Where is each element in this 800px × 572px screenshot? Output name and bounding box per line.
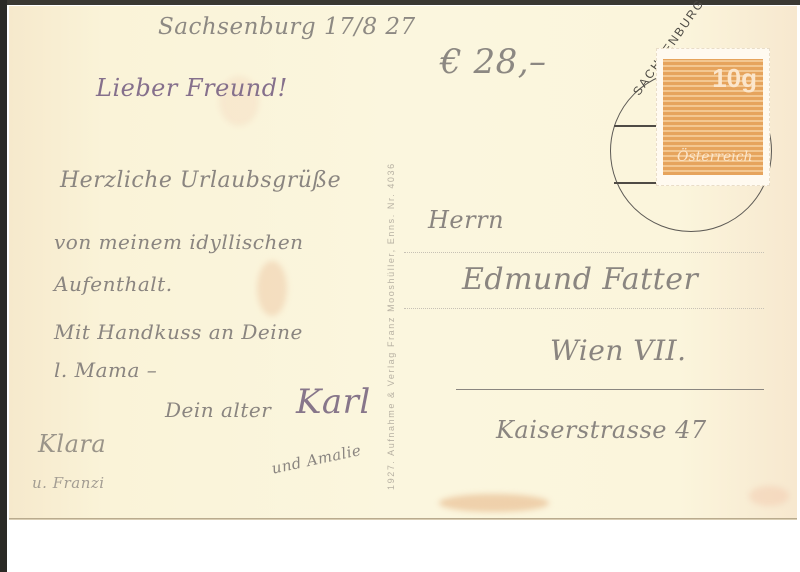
scan-top-edge [0,0,800,5]
stain-bottom [439,494,549,512]
stamp-country: Österreich [677,149,753,165]
address-line-3 [456,389,764,390]
date-line: Sachsenburg 17/8 27 [158,14,416,40]
closing: Dein alter [165,398,271,422]
greeting: Lieber Freund! [96,74,288,102]
address-city: Wien VII. [550,334,687,367]
side-note-line-2: u. Franzi [32,474,105,492]
message-line-1: Herzliche Urlaubsgrüße [60,168,341,193]
scan-left-edge [0,0,7,572]
stamp-value: 10g [712,63,757,94]
price-note: € 28,– [440,42,547,82]
stamp-design: 10g Österreich [663,59,763,175]
message-line-2: von meinem idyllischen [54,230,304,254]
stain-center [257,261,287,316]
message-line-4: Mit Handkuss an Deine [54,320,303,344]
side-note-line-1: Klara [38,430,106,458]
message-line-5: l. Mama – [54,358,157,382]
address-line-1 [404,252,764,253]
printer-imprint: 1927. Aufnahme & Verlag Franz Mooshüller… [386,162,396,490]
stain-corner-right [749,486,789,506]
address-name: Edmund Fatter [462,262,698,297]
address-salutation: Herrn [428,206,504,234]
address-line-2 [404,308,764,309]
signature: Karl [296,382,371,422]
postage-stamp: 10g Österreich [656,48,770,186]
message-line-3: Aufenthalt. [54,272,173,296]
address-street: Kaiserstrasse 47 [496,416,707,444]
